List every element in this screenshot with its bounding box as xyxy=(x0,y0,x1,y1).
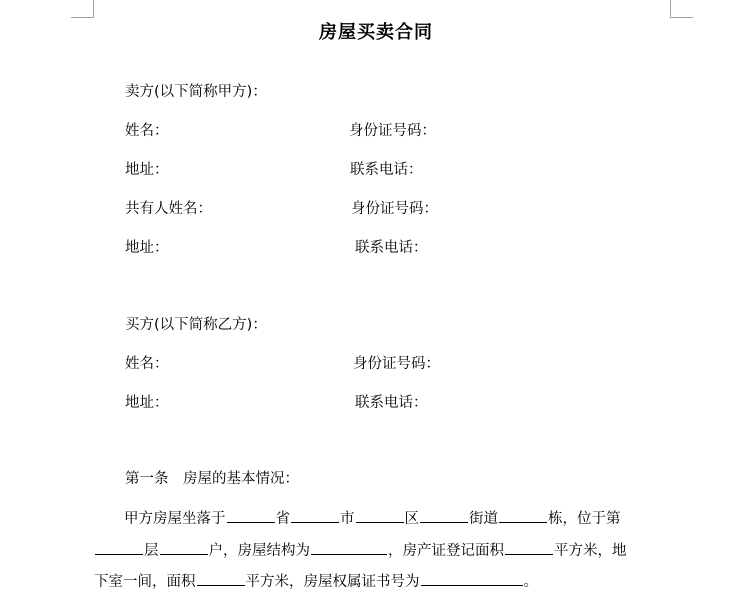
blank-unit xyxy=(160,540,208,555)
blank-certificate-number xyxy=(421,571,523,586)
buyer-name-label: 姓名： xyxy=(125,354,169,374)
text-floor: 层 xyxy=(144,543,159,559)
text-street: 街道 xyxy=(469,511,498,527)
blank-district xyxy=(356,508,404,523)
co-owner-name-label: 共有人姓名： xyxy=(125,199,212,219)
text-province: 省 xyxy=(276,511,291,527)
buyer-phone-label: 联系电话： xyxy=(355,393,428,413)
text-district: 区 xyxy=(405,511,420,527)
text-certificate-number: 平方米，房屋权属证书号为 xyxy=(246,574,420,590)
document-title: 房屋买卖合同 xyxy=(0,18,752,44)
seller-name-label: 姓名： xyxy=(125,121,169,141)
blank-area xyxy=(505,540,553,555)
blank-floor xyxy=(95,540,143,555)
page-corner-mark-left xyxy=(71,0,94,18)
text-located-at: 甲方房屋坐落于 xyxy=(124,511,226,527)
text-square-meters: 平方米，地 xyxy=(554,543,627,559)
text-structure: 户，房屋结构为 xyxy=(209,543,311,559)
page-corner-mark-right xyxy=(670,0,693,18)
text-registered-area: ，房产证登记面积 xyxy=(388,543,504,559)
article1-line-1: 甲方房屋坐落于省市区街道栋，位于第 xyxy=(94,508,621,529)
co-owner-address-label: 地址： xyxy=(125,238,169,258)
seller-heading: 卖方(以下简称甲方)： xyxy=(125,82,267,102)
article1-line-3: 下室一间，面积平方米，房屋权属证书号为。 xyxy=(94,571,538,592)
article1-heading: 第一条 房屋的基本情况： xyxy=(125,469,299,489)
article1-line-2: 层户，房屋结构为，房产证登记面积平方米，地 xyxy=(94,540,627,561)
blank-basement-area xyxy=(197,571,245,586)
seller-id-label: 身份证号码： xyxy=(349,121,436,141)
seller-address-label: 地址： xyxy=(125,160,169,180)
blank-street xyxy=(420,508,468,523)
text-city: 市 xyxy=(340,511,355,527)
buyer-heading: 买方(以下简称乙方)： xyxy=(125,315,267,335)
blank-structure xyxy=(311,540,387,555)
text-period: 。 xyxy=(524,574,539,590)
co-owner-phone-label: 联系电话： xyxy=(355,238,428,258)
buyer-id-label: 身份证号码： xyxy=(353,354,440,374)
seller-phone-label: 联系电话： xyxy=(350,160,423,180)
co-owner-id-label: 身份证号码： xyxy=(351,199,438,219)
blank-province xyxy=(227,508,275,523)
blank-building xyxy=(499,508,547,523)
text-basement-area: 下室一间，面积 xyxy=(94,574,196,590)
buyer-address-label: 地址： xyxy=(125,393,169,413)
blank-city xyxy=(291,508,339,523)
text-building: 栋，位于第 xyxy=(548,511,621,527)
